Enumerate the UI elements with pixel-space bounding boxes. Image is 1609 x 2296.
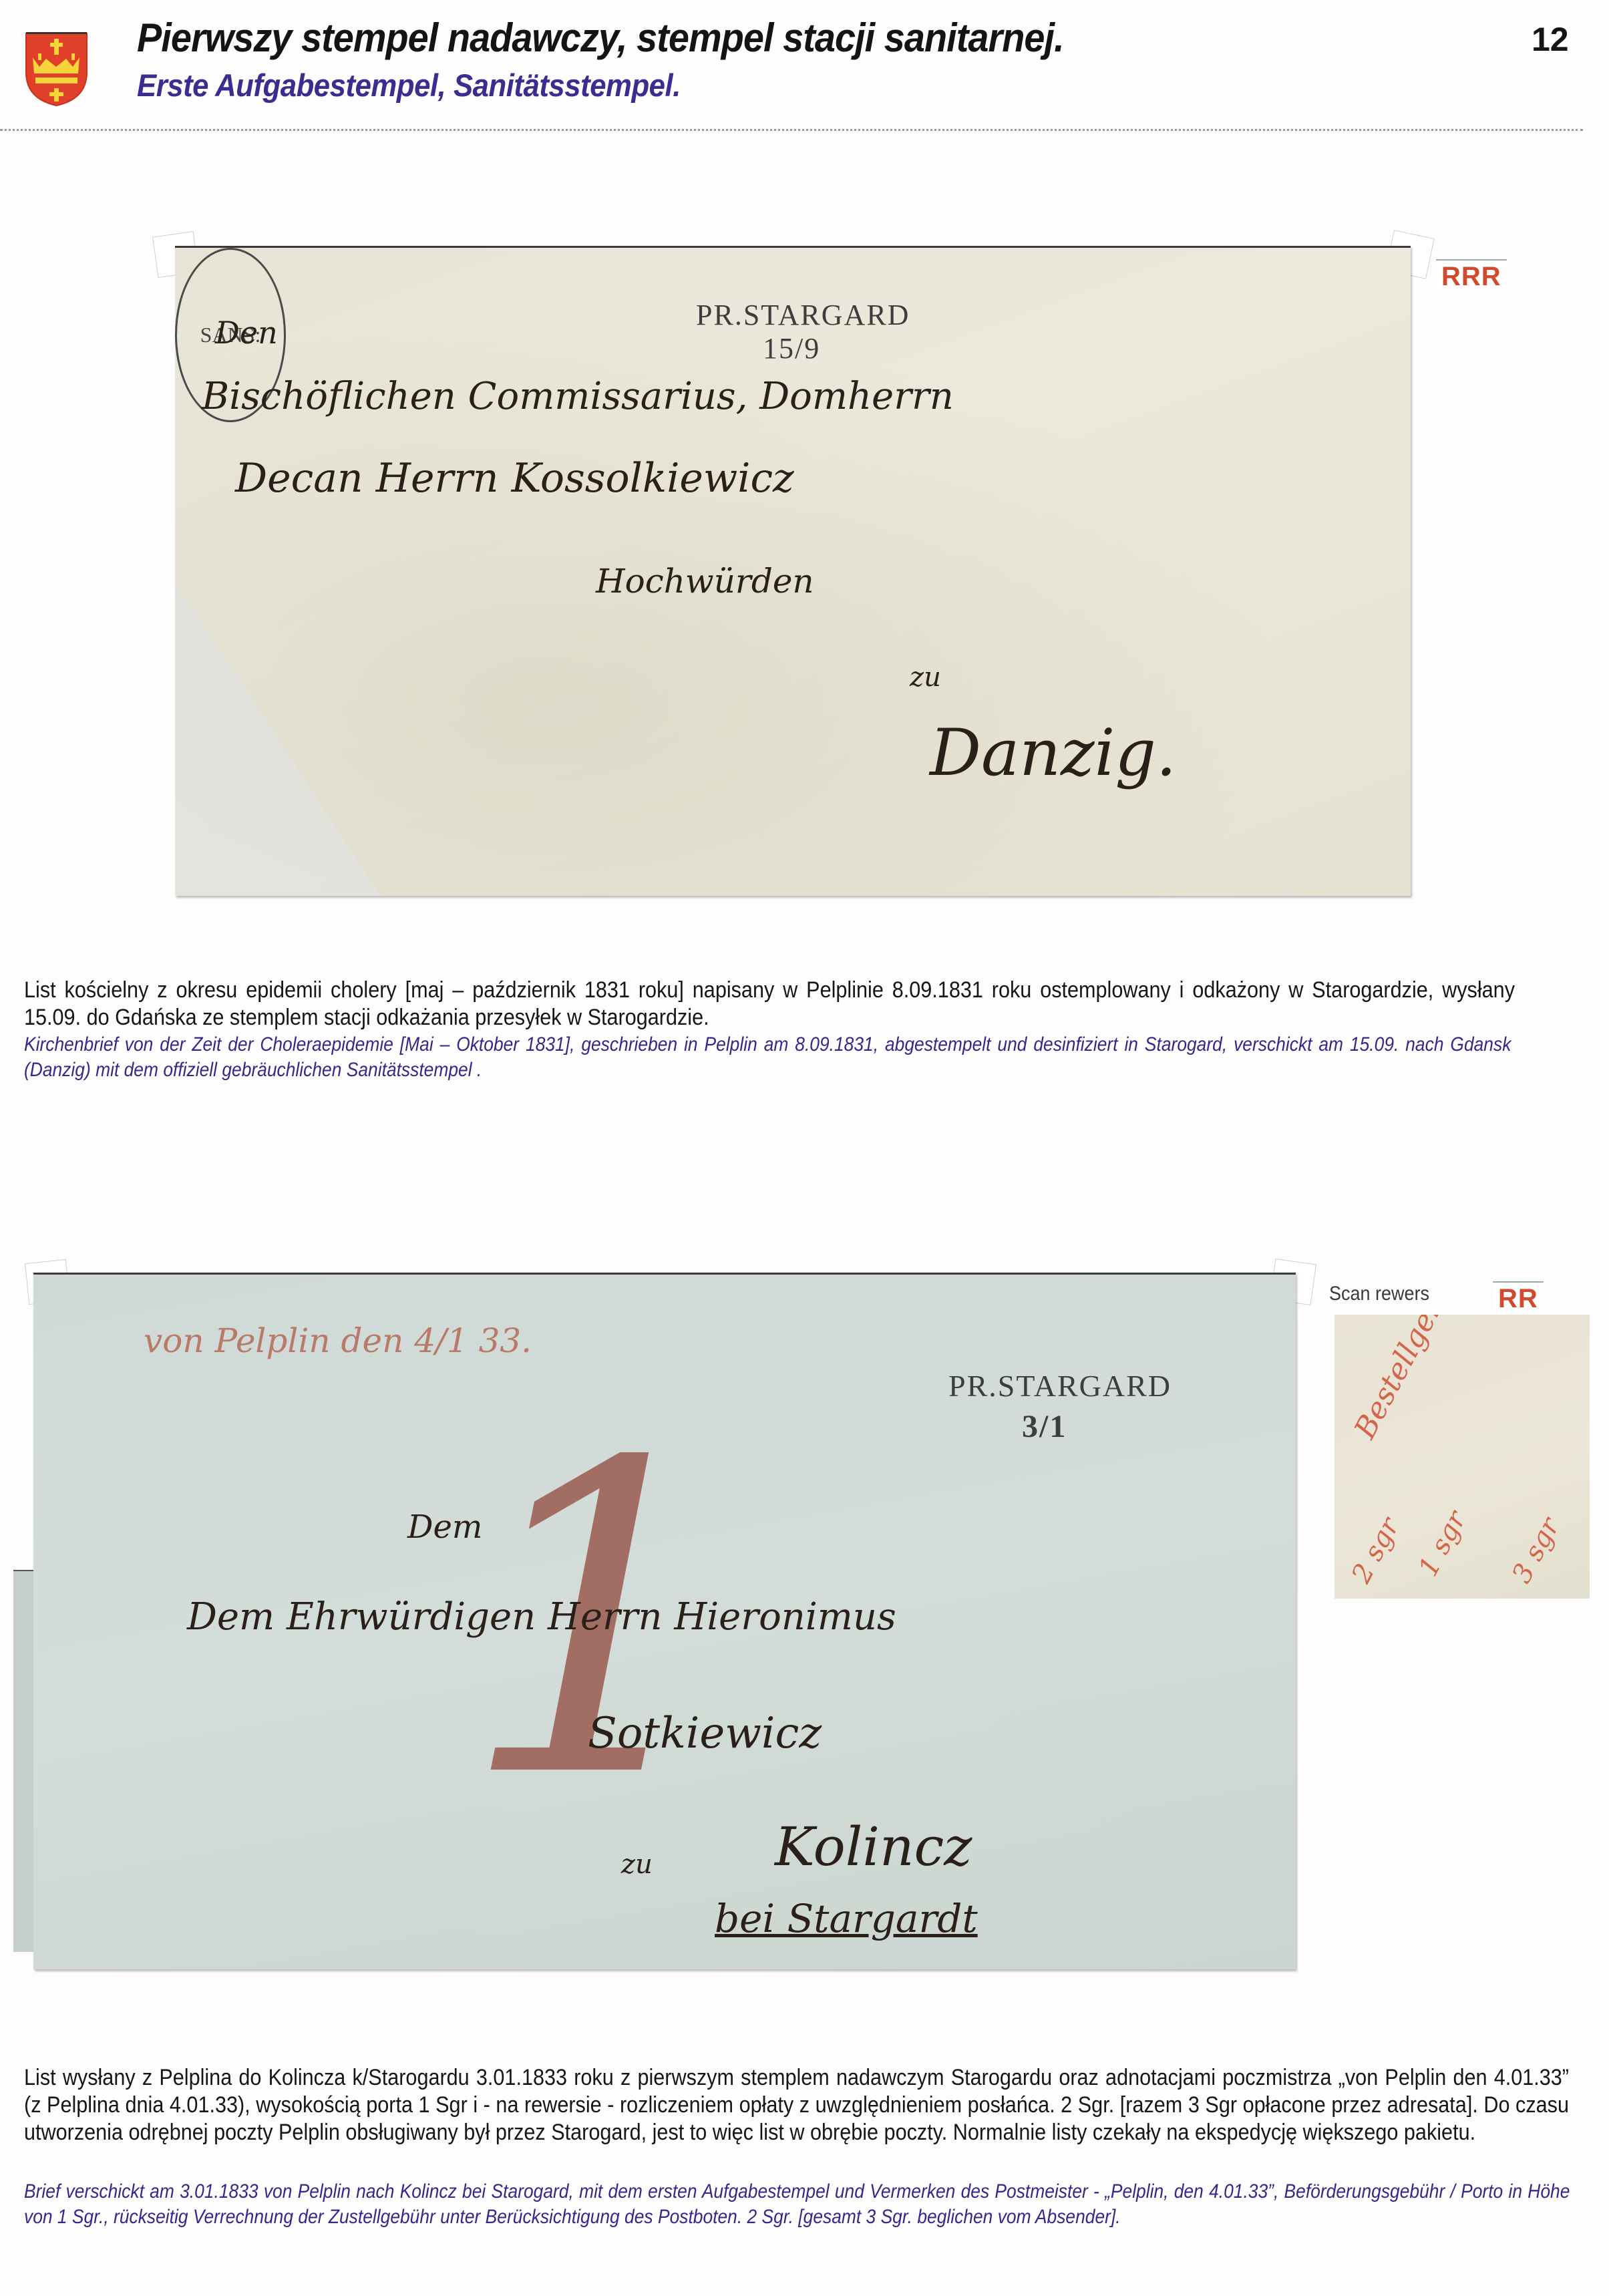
caption-german: Kirchenbrief von der Zeit der Choleraepi… xyxy=(24,1032,1511,1083)
postmark-date: 15/9 xyxy=(763,331,820,365)
reverse-note: 2 sgr xyxy=(1346,1513,1405,1589)
reverse-note: 3 sgr xyxy=(1506,1513,1566,1589)
address-line: Dem xyxy=(407,1508,482,1546)
postmark-date: 3/1 xyxy=(1022,1408,1067,1445)
address-line: zu xyxy=(621,1849,653,1880)
rarity-badge: RRR xyxy=(1436,259,1507,292)
envelope-1831-danzig: SANS: PR.STARGARD 15/9 Den Bischöflichen… xyxy=(175,246,1411,896)
caption-polish: List kościelny z okresu epidemii cholery… xyxy=(24,977,1515,1031)
header-divider xyxy=(0,129,1583,131)
envelope-1833-kolincz: von Pelplin den 4/1 33. PR.STARGARD 3/1 … xyxy=(33,1273,1296,1969)
envelope-flap xyxy=(175,582,549,896)
postmark-town: PR.STARGARD xyxy=(948,1368,1172,1404)
page-title: Pierwszy stempel nadawczy, stempel stacj… xyxy=(137,15,1064,61)
address-line: Dem Ehrwürdigen Herrn Hieronimus xyxy=(187,1595,896,1639)
address-destination: Danzig. xyxy=(930,715,1176,790)
rarity-badge: RR xyxy=(1493,1281,1544,1314)
address-line: Sotkiewicz xyxy=(588,1709,822,1758)
address-line: Decan Herrn Kossolkiewicz xyxy=(235,455,794,502)
reverse-note: 1 sgr xyxy=(1413,1506,1472,1582)
reverse-scan-label: Scan rewers xyxy=(1329,1283,1429,1305)
address-line: Den xyxy=(215,315,278,351)
postmark-town: PR.STARGARD xyxy=(696,298,910,332)
coat-of-arms-icon xyxy=(25,32,88,107)
caption-polish: List wysłany z Pelplina do Kolincza k/St… xyxy=(24,2064,1569,2146)
page-number: 12 xyxy=(1532,20,1569,59)
caption-german: Brief verschickt am 3.01.1833 von Pelpli… xyxy=(24,2179,1570,2230)
page-subtitle: Erste Aufgabestempel, Sanitätsstempel. xyxy=(137,67,681,104)
address-line: bei Stargardt xyxy=(715,1896,978,1941)
address-line: Hochwürden xyxy=(596,562,814,601)
postmaster-note: von Pelplin den 4/1 33. xyxy=(144,1321,532,1360)
address-line: zu xyxy=(910,662,941,693)
address-line: Bischöflichen Commissarius, Domherrn xyxy=(202,375,954,418)
reverse-scan-image: Bestellgeld 1 sgr 2 sgr 3 sgr xyxy=(1334,1315,1590,1599)
address-destination: Kolincz xyxy=(775,1816,972,1878)
reverse-note: Bestellgeld xyxy=(1348,1315,1456,1444)
